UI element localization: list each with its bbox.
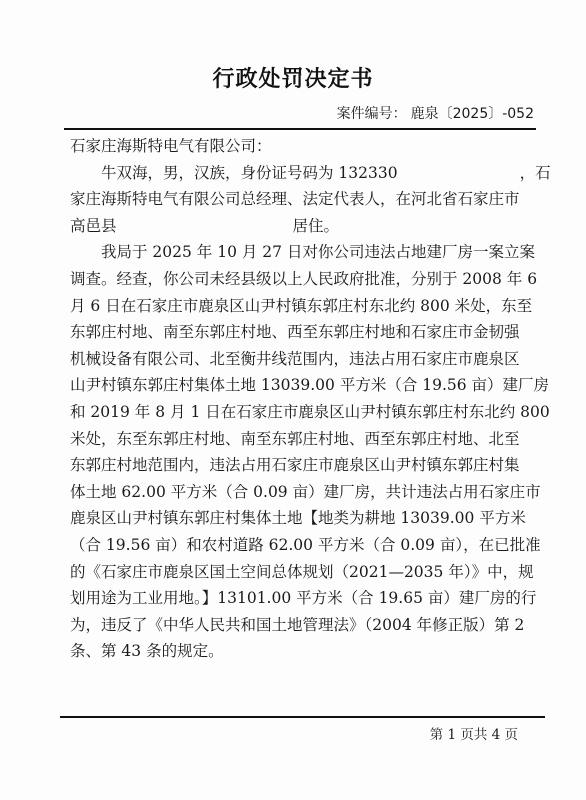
findings-line: 调查。经查，你公司未经县级以上人民政府批准，分别于 2008 年 6 bbox=[70, 266, 536, 293]
findings-line: 条、第 43 条的规定。 bbox=[70, 638, 536, 665]
party-line-1-suffix: ，石 bbox=[520, 164, 551, 182]
findings-line: 为，违反了《中华人民共和国土地管理法》（2004 年修正版）第 2 bbox=[70, 612, 536, 639]
footer-divider bbox=[60, 716, 545, 718]
addressee-text: 石家庄海斯特电气有限公司： bbox=[70, 133, 536, 160]
findings-line: 和 2019 年 8 月 1 日在石家庄市鹿泉区山尹村镇东郭庄村东北约 800 bbox=[70, 399, 536, 426]
findings-line: 东郭庄村地范围内，违法占用石家庄市鹿泉区山尹村镇东郭庄村集 bbox=[70, 452, 536, 479]
findings-line: 月 6 日在石家庄市鹿泉区山尹村镇东郭庄村东北约 800 米处，东至 bbox=[70, 293, 536, 320]
findings-line: 米处，东至东郭庄村地、南至东郭庄村地、西至东郭庄村地、北至 bbox=[70, 426, 536, 453]
party-line-1: 牛双海，男，汉族，身份证号码为 132330，石 bbox=[70, 160, 536, 187]
party-address-suffix: 居住。 bbox=[293, 217, 340, 235]
case-number: 案件编号：鹿泉〔2025〕-052 bbox=[337, 103, 534, 123]
document-body: 石家庄海斯特电气有限公司： 牛双海，男，汉族，身份证号码为 132330，石 家… bbox=[70, 133, 536, 665]
addressee: 石家庄海斯特电气有限公司： bbox=[70, 133, 536, 160]
document-title: 行政处罚决定书 bbox=[0, 62, 586, 93]
party-address-prefix: 高邑县 bbox=[70, 217, 117, 235]
party-line-3: 高邑县居住。 bbox=[70, 213, 536, 240]
findings-line: 机械设备有限公司、北至衡井线范围内，违法占用石家庄市鹿泉区 bbox=[70, 346, 536, 373]
findings-line: （合 19.56 亩）和农村道路 62.00 平方米（合 0.09 亩），在已批… bbox=[70, 532, 536, 559]
paragraph-party-info: 牛双海，男，汉族，身份证号码为 132330，石 家庄海斯特电气有限公司总经理、… bbox=[70, 160, 536, 240]
party-id-text: 牛双海，男，汉族，身份证号码为 132330 bbox=[101, 164, 398, 182]
header-divider bbox=[64, 128, 536, 130]
case-number-label: 案件编号： bbox=[337, 106, 407, 122]
findings-line: 我局于 2025 年 10 月 27 日对你公司违法占地建厂房一案立案 bbox=[70, 239, 536, 266]
document-page: 行政处罚决定书 案件编号：鹿泉〔2025〕-052 石家庄海斯特电气有限公司： … bbox=[0, 0, 586, 800]
findings-line: 体土地 62.00 平方米（合 0.09 亩）建厂房，共计违法占用石家庄市 bbox=[70, 479, 536, 506]
party-line-2: 家庄海斯特电气有限公司总经理、法定代表人，在河北省石家庄市 bbox=[70, 186, 536, 213]
findings-line: 的《石家庄市鹿泉区国土空间总体规划（2021—2035 年）》中，规 bbox=[70, 559, 536, 586]
findings-line: 山尹村镇东郭庄村集体土地 13039.00 平方米（合 19.56 亩）建厂房 bbox=[70, 372, 536, 399]
findings-line: 东郭庄村地、南至东郭庄村地、西至东郭庄村地和石家庄市金韧强 bbox=[70, 319, 536, 346]
findings-line: 鹿泉区山尹村镇东郭庄村集体土地【地类为耕地 13039.00 平方米 bbox=[70, 505, 536, 532]
page-number: 第 1 页共 4 页 bbox=[430, 723, 518, 743]
paragraph-findings: 我局于 2025 年 10 月 27 日对你公司违法占地建厂房一案立案 调查。经… bbox=[70, 239, 536, 665]
findings-line: 划用途为工业用地。】13101.00 平方米（合 19.65 亩）建厂房的行 bbox=[70, 585, 536, 612]
case-number-value: 鹿泉〔2025〕-052 bbox=[411, 106, 534, 122]
